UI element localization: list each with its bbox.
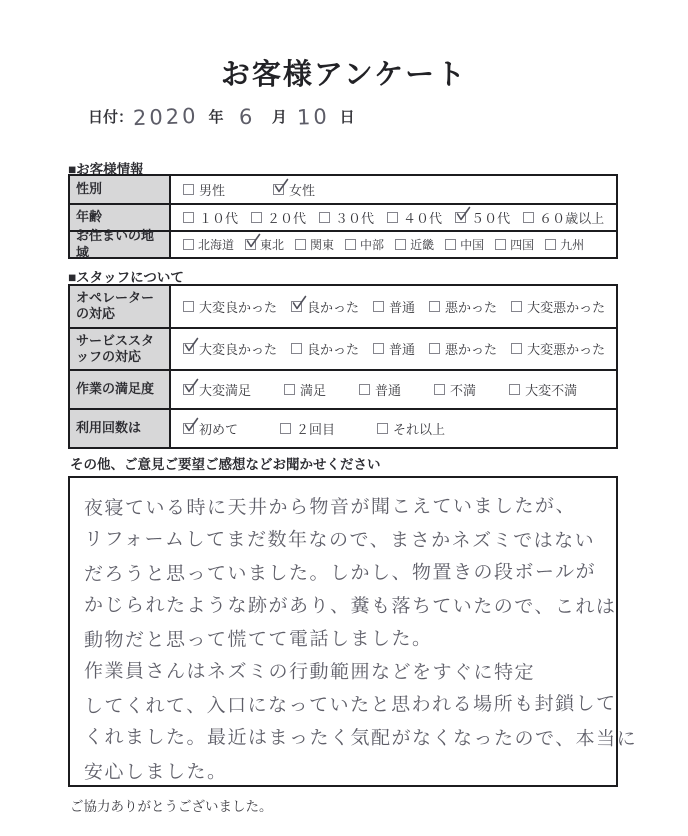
checkbox[interactable] bbox=[319, 212, 330, 223]
option-普通: 普通 bbox=[359, 380, 401, 399]
checkbox[interactable] bbox=[495, 239, 506, 250]
options-cell: 男性女性 bbox=[171, 176, 616, 203]
comment-line: 安心しました。 bbox=[84, 754, 602, 790]
option-label: 大変良かった bbox=[199, 339, 277, 358]
section-header-staff: ■スタッフについて bbox=[68, 266, 184, 286]
option-初めて: 初めて bbox=[183, 419, 238, 438]
checkbox[interactable] bbox=[434, 384, 445, 395]
option-label: ５０代 bbox=[471, 208, 510, 227]
option-label: ２０代 bbox=[267, 208, 306, 227]
option-大変不満: 大変不満 bbox=[509, 380, 577, 399]
checkbox[interactable] bbox=[387, 212, 398, 223]
comments-box[interactable]: 夜寝ている時に天井から物音が聞こえていましたが、リフォームしてまだ数年なので、ま… bbox=[68, 476, 618, 787]
option-label: 北海道 bbox=[198, 236, 234, 253]
checkbox[interactable] bbox=[183, 212, 194, 223]
comment-line: 動物だと思って慌てて電話しました。 bbox=[84, 622, 602, 658]
option-３０代: ３０代 bbox=[319, 208, 374, 227]
option-女性: 女性 bbox=[273, 180, 315, 199]
table-row: お住まいの地域北海道東北関東中部近畿中国四国九州 bbox=[70, 230, 616, 257]
checkbox[interactable] bbox=[511, 343, 522, 354]
checkbox[interactable] bbox=[295, 239, 306, 250]
table-row: 年齢１０代２０代３０代４０代５０代６０歳以上 bbox=[70, 203, 616, 230]
checkbox[interactable] bbox=[183, 184, 194, 195]
comment-line: くれました。最近はまったく気配がなくなったので、本当に bbox=[84, 721, 602, 756]
option-label: 男性 bbox=[199, 180, 225, 199]
survey-form-page: お客様アンケート 日付： 2020 年 6 月 10 日 ■お客様情報 性別男性… bbox=[0, 0, 688, 836]
checkbox[interactable] bbox=[511, 301, 522, 312]
option-label: 悪かった bbox=[445, 297, 497, 316]
checkbox[interactable] bbox=[373, 301, 384, 312]
option-５０代: ５０代 bbox=[455, 208, 510, 227]
date-year-unit: 年 bbox=[208, 106, 223, 129]
row-label: 性別 bbox=[70, 176, 171, 203]
option-大変悪かった: 大変悪かった bbox=[511, 339, 605, 358]
option-中部: 中部 bbox=[345, 236, 384, 253]
option-普通: 普通 bbox=[373, 297, 415, 316]
checkbox[interactable] bbox=[183, 301, 194, 312]
option-label: 普通 bbox=[389, 339, 415, 358]
options-cell: 北海道東北関東中部近畿中国四国九州 bbox=[171, 232, 616, 257]
option-東北: 東北 bbox=[245, 236, 284, 253]
table-row: 作業の満足度大変満足満足普通不満大変不満 bbox=[70, 369, 616, 408]
table-row: オペレーターの対応大変良かった良かった普通悪かった大変悪かった bbox=[70, 286, 616, 327]
date-day-unit: 日 bbox=[340, 106, 355, 129]
options-cell: 大変良かった良かった普通悪かった大変悪かった bbox=[171, 329, 616, 370]
table-row: サービススタッフの対応大変良かった良かった普通悪かった大変悪かった bbox=[70, 327, 616, 370]
option-２回目: ２回目 bbox=[280, 419, 335, 438]
checkbox[interactable] bbox=[445, 239, 456, 250]
option-大変悪かった: 大変悪かった bbox=[511, 297, 605, 316]
option-北海道: 北海道 bbox=[183, 236, 234, 253]
row-label: 利用回数は bbox=[70, 410, 171, 447]
date-month-value: 6 bbox=[239, 105, 256, 130]
option-label: 大変不満 bbox=[525, 380, 577, 399]
option-不満: 不満 bbox=[434, 380, 476, 399]
comment-line: リフォームしてまだ数年なので、まさかネズミではない bbox=[84, 523, 602, 558]
checkbox[interactable] bbox=[373, 343, 384, 354]
option-男性: 男性 bbox=[183, 180, 225, 199]
option-label: 普通 bbox=[375, 380, 401, 399]
handwritten-check-icon bbox=[183, 337, 200, 354]
options-cell: 初めて２回目それ以上 bbox=[171, 410, 616, 447]
option-label: 関東 bbox=[310, 236, 334, 253]
option-大変良かった: 大変良かった bbox=[183, 339, 277, 358]
option-近畿: 近畿 bbox=[395, 236, 434, 253]
option-四国: 四国 bbox=[495, 236, 534, 253]
comment-line: だろうと思っていました。しかし、物置きの段ボールが bbox=[84, 556, 602, 592]
option-満足: 満足 bbox=[284, 380, 326, 399]
checkbox[interactable] bbox=[251, 212, 262, 223]
checkbox[interactable] bbox=[545, 239, 556, 250]
page-title: お客様アンケート bbox=[0, 52, 688, 93]
options-cell: 大変良かった良かった普通悪かった大変悪かった bbox=[171, 286, 616, 327]
option-label: 初めて bbox=[199, 419, 238, 438]
option-label: 中国 bbox=[460, 236, 484, 253]
checkbox[interactable] bbox=[429, 343, 440, 354]
option-中国: 中国 bbox=[445, 236, 484, 253]
checkbox[interactable] bbox=[284, 384, 295, 395]
option-label: 東北 bbox=[260, 236, 284, 253]
option-良かった: 良かった bbox=[291, 339, 359, 358]
option-大変良かった: 大変良かった bbox=[183, 297, 277, 316]
option-label: それ以上 bbox=[393, 419, 445, 438]
option-６０歳以上: ６０歳以上 bbox=[523, 208, 604, 227]
options-cell: １０代２０代３０代４０代５０代６０歳以上 bbox=[171, 205, 616, 230]
checkbox[interactable] bbox=[183, 384, 194, 395]
staff-table: オペレーターの対応大変良かった良かった普通悪かった大変悪かったサービススタッフの… bbox=[68, 284, 618, 449]
customer-info-table: 性別男性女性年齢１０代２０代３０代４０代５０代６０歳以上お住まいの地域北海道東北… bbox=[68, 174, 618, 259]
option-label: 大変満足 bbox=[199, 380, 251, 399]
option-label: 四国 bbox=[510, 236, 534, 253]
option-label: 女性 bbox=[289, 180, 315, 199]
date-label: 日付： bbox=[88, 106, 133, 129]
option-２０代: ２０代 bbox=[251, 208, 306, 227]
option-九州: 九州 bbox=[545, 236, 584, 253]
option-label: 九州 bbox=[560, 236, 584, 253]
row-label: オペレーターの対応 bbox=[70, 286, 171, 327]
row-label: サービススタッフの対応 bbox=[70, 329, 171, 370]
row-label: 年齢 bbox=[70, 205, 171, 230]
handwritten-check-icon bbox=[183, 417, 200, 434]
table-row: 性別男性女性 bbox=[70, 176, 616, 203]
option-関東: 関東 bbox=[295, 236, 334, 253]
row-label: 作業の満足度 bbox=[70, 371, 171, 408]
comment-line: かじられたような跡があり、糞も落ちていたので、これは bbox=[84, 589, 602, 624]
handwritten-check-icon bbox=[273, 178, 290, 195]
checkbox[interactable] bbox=[359, 384, 370, 395]
handwritten-check-icon bbox=[455, 206, 472, 223]
date-day-value: 10 bbox=[296, 104, 330, 129]
comments-label: その他、ご意見ご要望ご感想などお聞かせください bbox=[70, 453, 381, 473]
checkbox[interactable] bbox=[245, 239, 256, 250]
option-４０代: ４０代 bbox=[387, 208, 442, 227]
option-label: 不満 bbox=[450, 380, 476, 399]
checkbox[interactable] bbox=[395, 239, 406, 250]
date-row: 日付： 2020 年 6 月 10 日 bbox=[88, 105, 355, 129]
options-cell: 大変満足満足普通不満大変不満 bbox=[171, 371, 616, 408]
option-label: 大変良かった bbox=[199, 297, 277, 316]
checkbox[interactable] bbox=[377, 423, 388, 434]
option-label: 満足 bbox=[300, 380, 326, 399]
option-大変満足: 大変満足 bbox=[183, 380, 251, 399]
checkbox[interactable] bbox=[429, 301, 440, 312]
checkbox[interactable] bbox=[455, 212, 466, 223]
checkbox[interactable] bbox=[183, 239, 194, 250]
handwritten-check-icon bbox=[183, 378, 200, 395]
handwritten-check-icon bbox=[291, 295, 308, 312]
date-month-unit: 月 bbox=[272, 106, 287, 129]
handwritten-check-icon bbox=[245, 233, 262, 250]
checkbox[interactable] bbox=[291, 301, 302, 312]
table-row: 利用回数は初めて２回目それ以上 bbox=[70, 408, 616, 447]
checkbox[interactable] bbox=[509, 384, 520, 395]
option-良かった: 良かった bbox=[291, 297, 359, 316]
option-普通: 普通 bbox=[373, 339, 415, 358]
comment-line: 作業員さんはネズミの行動範囲などをすぐに特定 bbox=[84, 655, 602, 690]
option-label: 近畿 bbox=[410, 236, 434, 253]
checkbox[interactable] bbox=[291, 343, 302, 354]
option-label: 中部 bbox=[360, 236, 384, 253]
checkbox[interactable] bbox=[345, 239, 356, 250]
option-label: ２回目 bbox=[296, 419, 335, 438]
option-label: 良かった bbox=[307, 339, 359, 358]
option-label: 悪かった bbox=[445, 339, 497, 358]
checkbox[interactable] bbox=[183, 423, 194, 434]
option-label: ４０代 bbox=[403, 208, 442, 227]
option-それ以上: それ以上 bbox=[377, 419, 445, 438]
checkbox[interactable] bbox=[183, 343, 194, 354]
checkbox[interactable] bbox=[280, 423, 291, 434]
comment-line: してくれて、入口になっていたと思われる場所も封鎖して bbox=[84, 688, 602, 724]
checkbox[interactable] bbox=[273, 184, 284, 195]
comment-line: 夜寝ている時に天井から物音が聞こえていましたが、 bbox=[84, 490, 602, 526]
date-year-value: 2020 bbox=[133, 104, 199, 130]
option-label: 良かった bbox=[307, 297, 359, 316]
option-悪かった: 悪かった bbox=[429, 339, 497, 358]
checkbox[interactable] bbox=[523, 212, 534, 223]
option-１０代: １０代 bbox=[183, 208, 238, 227]
option-label: １０代 bbox=[199, 208, 238, 227]
option-悪かった: 悪かった bbox=[429, 297, 497, 316]
footer-thanks-text: ご協力ありがとうございました。 bbox=[70, 795, 273, 815]
option-label: 大変悪かった bbox=[527, 297, 605, 316]
option-label: 普通 bbox=[389, 297, 415, 316]
row-label: お住まいの地域 bbox=[70, 232, 171, 257]
option-label: ３０代 bbox=[335, 208, 374, 227]
option-label: ６０歳以上 bbox=[539, 208, 604, 227]
option-label: 大変悪かった bbox=[527, 339, 605, 358]
